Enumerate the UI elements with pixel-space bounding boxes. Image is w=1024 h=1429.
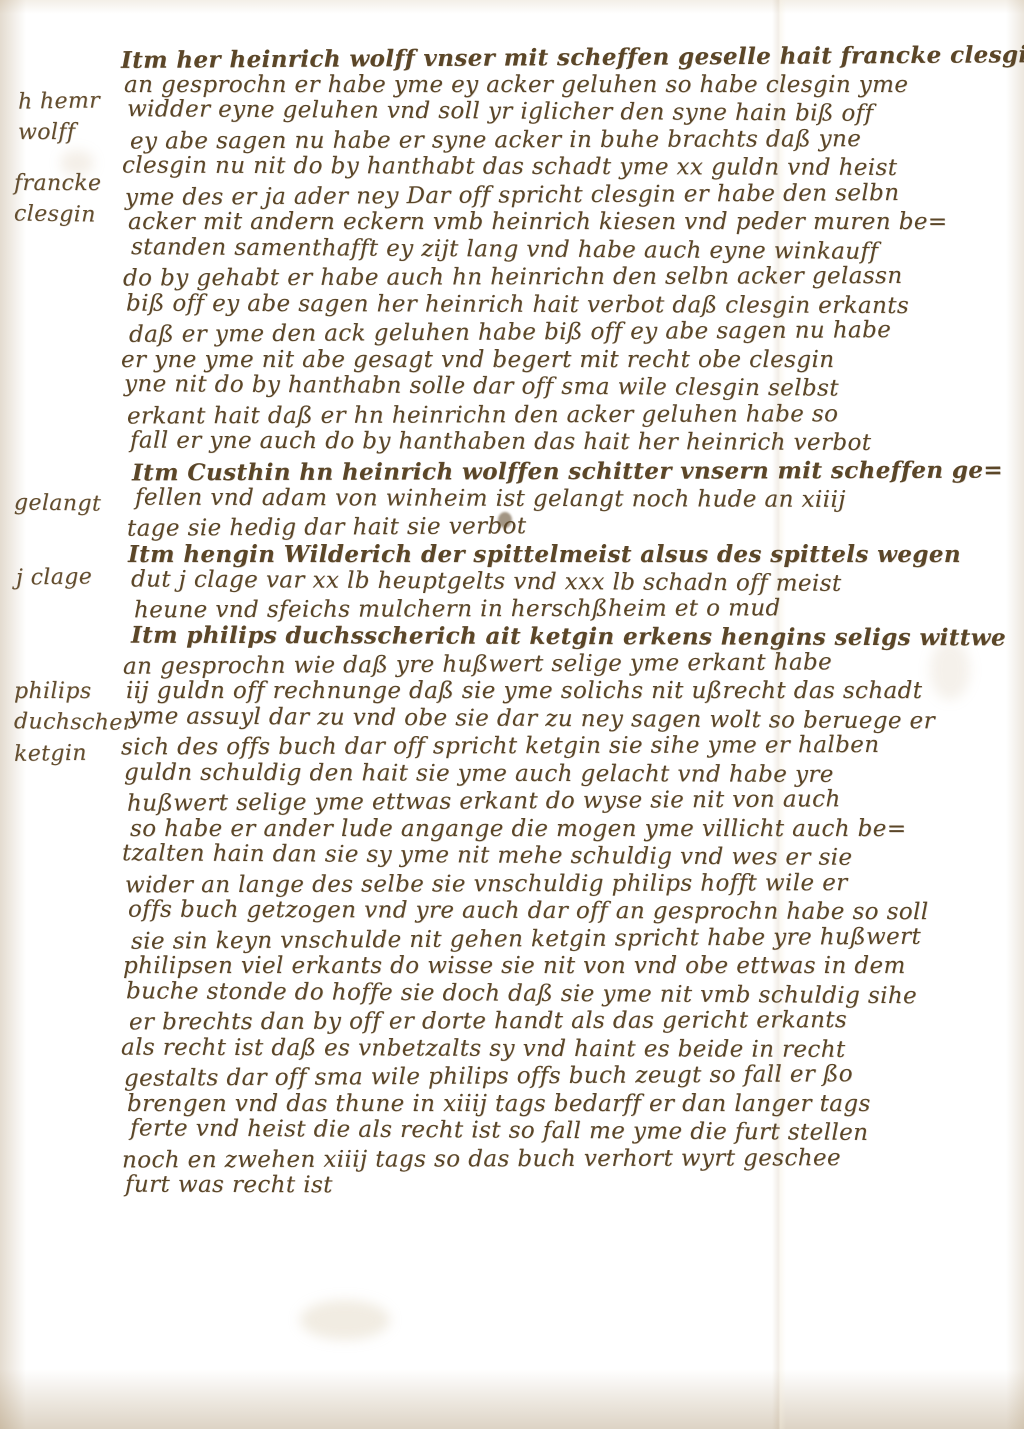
manuscript-line: an gesprochn wie daß yre hußwert selige …: [123, 648, 998, 681]
manuscript-line: acker mit andern eckern vmb heinrich kie…: [128, 209, 1024, 237]
manuscript-line: ferte vnd heist die als recht ist so fal…: [130, 1115, 1005, 1148]
manuscript-line: Itm philips duchsscherich ait ketgin erk…: [131, 622, 1006, 652]
manuscript-line: clesgin nu nit do by hanthabt das schadt…: [122, 153, 1024, 183]
manuscript-line: gestalts dar off sma wile philips offs b…: [124, 1060, 999, 1093]
margin-note-line: ketgin: [14, 737, 134, 770]
margin-note-line: h hemr: [18, 85, 101, 117]
manuscript-line: heune vnd sfeichs mulchern in herschßhei…: [134, 595, 967, 625]
manuscript-page: h hemrwolfffranckeclesgingelangtj clagep…: [0, 0, 1024, 1429]
manuscript-line: sich des offs buch dar off spricht ketgi…: [121, 732, 996, 762]
manuscript-line: yme assuyl dar zu vnd obe sie dar zu ney…: [129, 703, 1004, 736]
manuscript-line: hußwert selige yme ettwas erkant do wyse…: [127, 785, 1002, 818]
note-clage: j clage: [16, 562, 92, 593]
page-edge-top: [0, 0, 1024, 14]
manuscript-line: yme des er ja ader ney Dar off spricht c…: [125, 179, 1024, 212]
manuscript-line: tage sie hedig dar hait sie verbot: [127, 510, 998, 543]
manuscript-line: iij guldn off rechnunge daß sie yme soli…: [126, 678, 1001, 706]
manuscript-line: sie sin keyn vnschulde nit gehen ketgin …: [131, 923, 1006, 956]
manuscript-line: er yne yme nit abe gesagt vnd begert mit…: [121, 347, 1024, 375]
manuscript-line: buche stonde do hoffe sie doch daß sie y…: [126, 978, 1001, 1011]
manuscript-line: tzalten hain dan sie sy yme nit mehe sch…: [122, 840, 997, 873]
entry-wolff-vs-clesgin: Itm her heinrich wolff vnser mit scheffe…: [126, 44, 1024, 457]
paper-shading: [300, 1300, 390, 1340]
margin-note-line: philips: [14, 676, 134, 707]
manuscript-line: an gesprochn er habe yme ey acker geluhe…: [124, 72, 1024, 100]
note-heinrich-wolff: h hemrwolff: [18, 86, 100, 148]
note-gelangt: gelangt: [14, 488, 101, 519]
entry-spittelmeister-clage: Itm hengin Wilderich der spittelmeist al…: [130, 541, 963, 624]
manuscript-line: erkant hait daß er hn heinrichn den acke…: [127, 400, 1024, 430]
manuscript-line: yne nit do by hanthabn solle dar off sma…: [124, 371, 1024, 404]
page-edge-bottom: [0, 1369, 1024, 1429]
manuscript-line: standen samenthafft ey zijt lang vnd hab…: [131, 234, 1024, 267]
note-philips-duchscher-ketgin: philipsduchscherketgin: [14, 676, 134, 769]
manuscript-line: er brechts dan by off er dorte handt als…: [129, 1007, 1004, 1037]
manuscript-line: dut j clage var xx lb heuptgelts vnd xxx…: [131, 566, 964, 599]
manuscript-line: biß off ey abe sagen her heinrich hait v…: [126, 290, 1024, 320]
manuscript-line: noch en zwehen xiiij tags so das buch ve…: [122, 1144, 997, 1174]
manuscript-line: als recht ist daß es vnbetzalts sy vnd h…: [121, 1034, 996, 1064]
margin-note-line: francke: [14, 168, 101, 199]
margin-note-line: j clage: [16, 561, 93, 593]
manuscript-line: wider an lange des selbe sie vnschuldig …: [125, 869, 1000, 899]
manuscript-line: daß er yme den ack geluhen habe biß off …: [129, 316, 1024, 349]
margin-note-line: clesgin: [14, 198, 102, 230]
manuscript-line: ey abe sagen nu habe er syne acker in bu…: [130, 125, 1024, 155]
margin-note-line: gelangt: [14, 487, 102, 519]
manuscript-line: Itm her heinrich wolff vnser mit scheffe…: [121, 41, 1024, 74]
manuscript-line: Itm hengin Wilderich der spittelmeist al…: [128, 541, 961, 569]
margin-note-line: wolff: [18, 117, 100, 148]
note-francke-clesgin: franckeclesgin: [14, 168, 101, 230]
entry-philips-vs-ketgin: Itm philips duchsscherich ait ketgin erk…: [126, 623, 1001, 1201]
manuscript-line: fall er yne auch do by hanthaben das hai…: [130, 428, 1024, 458]
manuscript-line: brengen vnd das thune in xiiij tags beda…: [127, 1091, 1002, 1119]
manuscript-line: so habe er ander lude angange die mogen …: [130, 816, 1005, 844]
manuscript-line: fellen vnd adam von winheim ist gelangt …: [135, 484, 1006, 514]
manuscript-line: guldn schuldig den hait sie yme auch gel…: [124, 759, 999, 789]
manuscript-line: philipsen viel erkants do wisse sie nit …: [123, 953, 998, 981]
manuscript-line: furt was recht ist: [125, 1172, 1000, 1202]
entry-gelangt: Itm Custhin hn heinrich wolffen schitter…: [130, 458, 1001, 541]
margin-note-line: duchscher: [14, 706, 134, 739]
manuscript-line: widder eyne geluhen vnd soll yr iglicher…: [127, 96, 1024, 129]
manuscript-line: Itm Custhin hn heinrich wolffen schitter…: [132, 457, 1003, 487]
manuscript-line: do by gehabt er habe auch hn heinrichn d…: [123, 263, 1024, 293]
manuscript-line: offs buch getzogen vnd yre auch dar off …: [128, 897, 1003, 927]
